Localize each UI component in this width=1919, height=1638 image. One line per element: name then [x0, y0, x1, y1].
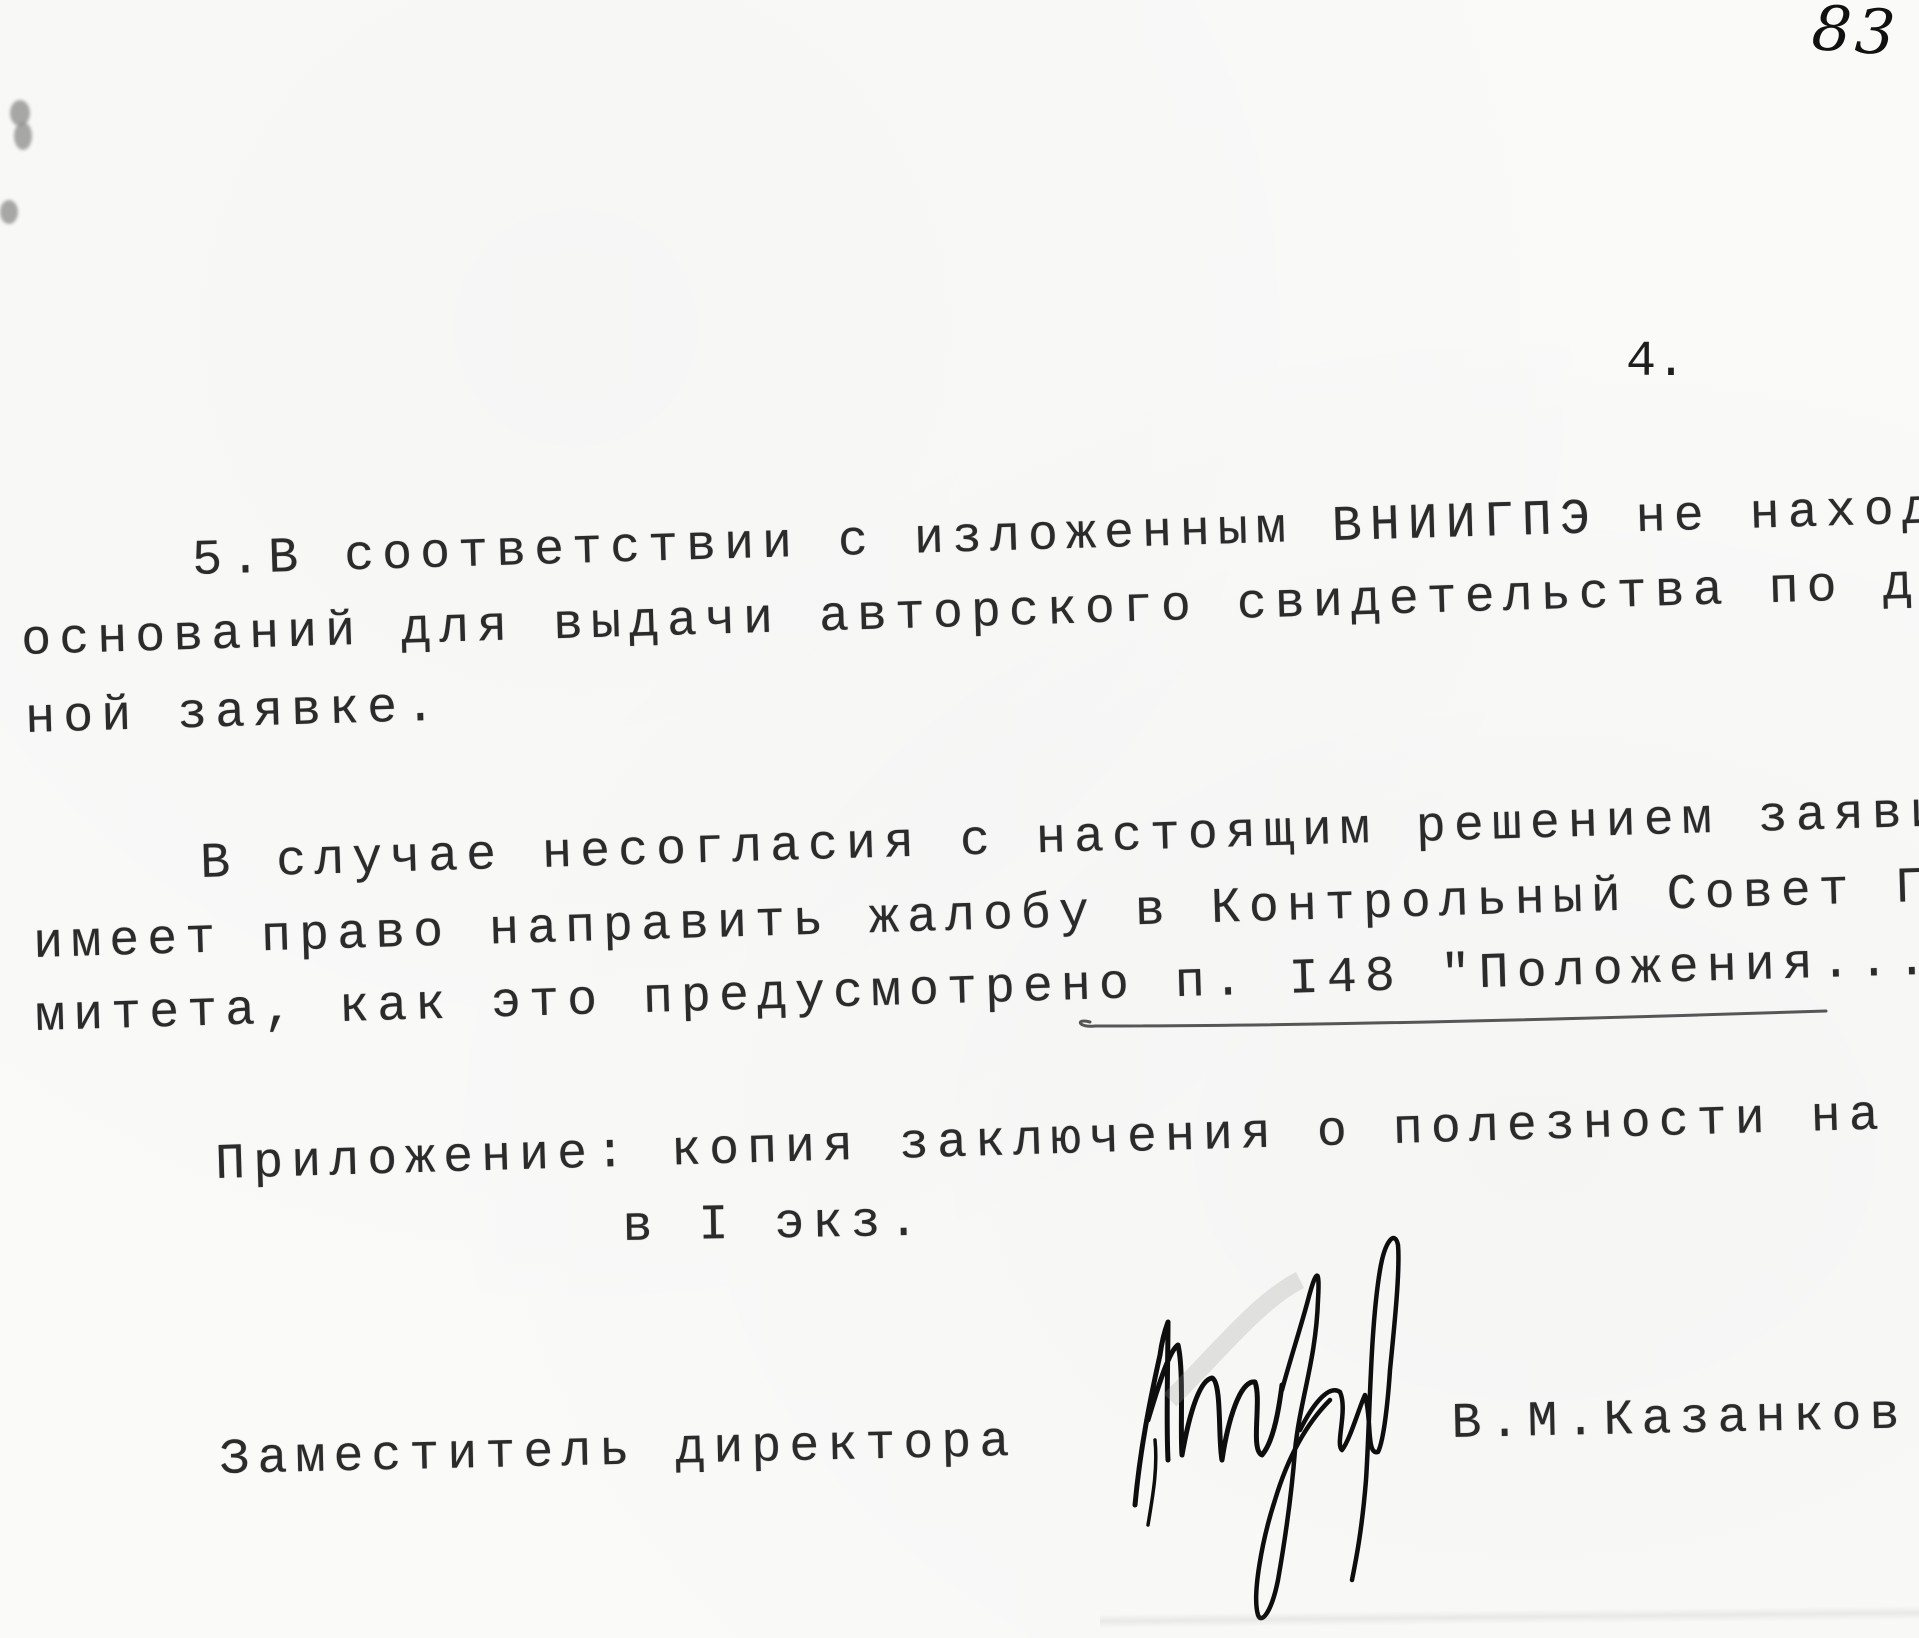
signatory-name: В.М.Казанков [1451, 1390, 1908, 1450]
